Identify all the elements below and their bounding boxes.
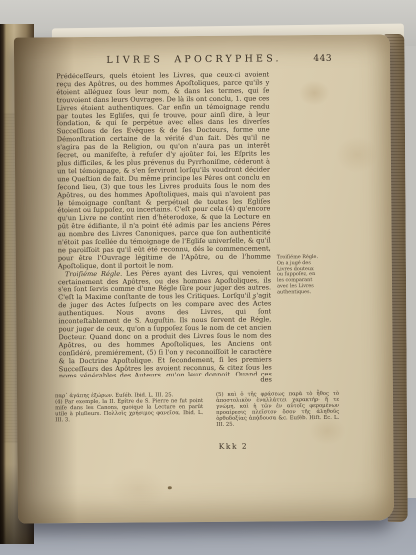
footnote-5: (5) καὶ ὁ τῆς φράσεως παρὰ τὸ ἦθος τὸ ἀπ… [216,391,339,429]
page-number: 443 [313,54,332,64]
paragraph-2-rest: Les Péres ayant des Livres, qui venoient… [58,268,272,377]
header-title: LIVRES APOCRYPHES. [56,53,332,66]
running-header: LIVRES APOCRYPHES. 443 [56,53,332,69]
book-photo: LIVRES APOCRYPHES. 443 Prédéceſſeurs, qu… [0,0,416,555]
signature-mark: Kkk 2 [59,441,335,452]
book-page: LIVRES APOCRYPHES. 443 Prédéceſſeurs, qu… [14,34,394,523]
paragraph-2: Troiſiéme Régle. Les Péres ayant des Liv… [58,269,272,377]
page-content: LIVRES APOCRYPHES. 443 Prédéceſſeurs, qu… [56,49,336,511]
catchword: des [59,375,272,385]
body-text: Prédéceſſeurs, quels étoient les Livres,… [56,71,272,377]
footnote-left-column: παρ᾽ ἀγάπης ἐξώρων. Euſéb. Ibid. L. III.… [55,392,203,430]
paragraph-1: Prédéceſſeurs, quels étoient les Livres,… [56,71,271,271]
footnote-4: (4) Par exemple, la II. Epître de S. Pie… [55,398,203,424]
footnotes: παρ᾽ ἀγάπης ἐξώρων. Euſéb. Ibid. L. III.… [55,391,339,430]
footnote-right-column: (5) καὶ ὁ τῆς φράσεως παρὰ τὸ ἦθος τὸ ἀπ… [216,391,339,429]
margin-note: Troiſiéme Régle. On a jugé des Livres do… [277,255,321,296]
